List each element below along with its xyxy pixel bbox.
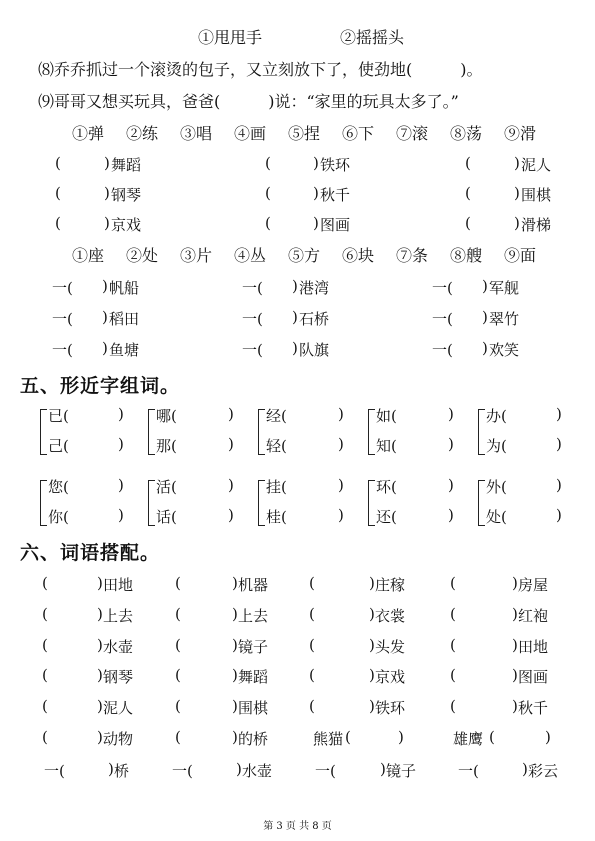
- blank-close: ): [369, 666, 375, 684]
- blank-open[interactable]: (: [175, 574, 181, 592]
- blank-close: ): [97, 605, 103, 623]
- match-word: 铁环: [375, 697, 405, 718]
- sentence-9-text: ⑼哥哥又想买玩具，爸爸(: [38, 92, 220, 111]
- char-pair: 如( ) 知( ): [368, 405, 468, 459]
- blank-open[interactable]: 一(: [172, 760, 193, 781]
- verb-row: ( ) 京戏 ( ) 图画 ( ) 滑梯: [0, 214, 595, 236]
- char-pair: 外( ) 处( ): [478, 476, 578, 530]
- char-pair: 活( ) 话( ): [148, 476, 248, 530]
- blank-open[interactable]: (: [309, 636, 315, 654]
- measure-option: ③片: [180, 246, 212, 266]
- verb-row: ( ) 钢琴 ( ) 秋千 ( ) 围棋: [0, 184, 595, 206]
- blank-close: ): [292, 277, 298, 295]
- match-word: 泥人: [103, 697, 133, 718]
- match-word: 镜子: [386, 760, 416, 781]
- char-pair: 哪( ) 那( ): [148, 405, 248, 459]
- blank-open[interactable]: (: [63, 407, 69, 425]
- blank-open[interactable]: (: [450, 697, 456, 715]
- match-word: 机器: [238, 574, 268, 595]
- match-word: 的桥: [238, 728, 268, 749]
- match-word: 雄鹰: [453, 728, 483, 749]
- blank-open[interactable]: (: [171, 508, 177, 526]
- blank-close: ): [338, 506, 344, 524]
- blank-open[interactable]: (: [465, 214, 471, 232]
- blank-close: ): [369, 605, 375, 623]
- blank-close: ): [313, 214, 319, 232]
- verb-word: 秋千: [320, 184, 350, 205]
- blank-open[interactable]: 一(: [432, 339, 453, 360]
- measure-row: 一( ) 帆船 一( ) 港湾 一( ) 军舰: [0, 277, 595, 299]
- bracket-icon: [478, 480, 485, 526]
- blank-close: ): [448, 435, 454, 453]
- match-word: 水壶: [242, 760, 272, 781]
- bracket-icon: [258, 480, 265, 526]
- measure-word: 稻田: [109, 308, 139, 329]
- match-word: 上去: [103, 605, 133, 626]
- blank-open[interactable]: (: [465, 184, 471, 202]
- blank-open[interactable]: (: [55, 184, 61, 202]
- bracket-icon: [258, 409, 265, 455]
- section-6-title: 六、词语搭配。: [20, 541, 160, 565]
- blank-open[interactable]: (: [175, 636, 181, 654]
- verb-word: 滑梯: [521, 214, 551, 235]
- option-1: ①甩甩手: [198, 28, 262, 48]
- blank-open[interactable]: 一(: [242, 339, 263, 360]
- verb-options: ①弹 ②练 ③唱 ④画 ⑤捏 ⑥下 ⑦滚 ⑧荡 ⑨滑: [0, 124, 595, 144]
- blank-close: ): [482, 339, 488, 357]
- blank-open[interactable]: (: [265, 154, 271, 172]
- blank-close: ): [514, 214, 520, 232]
- measure-word: 鱼塘: [109, 339, 139, 360]
- blank-close: ): [482, 277, 488, 295]
- char-pair: 您( ) 你( ): [40, 476, 140, 530]
- verb-option: ⑦滚: [396, 124, 428, 144]
- blank-open[interactable]: (: [309, 605, 315, 623]
- blank-open[interactable]: (: [42, 697, 48, 715]
- blank-close: ): [448, 405, 454, 423]
- blank-close: ): [292, 339, 298, 357]
- blank-open[interactable]: (: [42, 574, 48, 592]
- match-word: 庄稼: [375, 574, 405, 595]
- blank-open[interactable]: (: [281, 437, 287, 455]
- char: 轻: [266, 437, 281, 455]
- verb-option: ①弹: [72, 124, 104, 144]
- blank-open[interactable]: (: [281, 508, 287, 526]
- measure-option: ①座: [72, 246, 104, 266]
- measure-option: ⑤方: [288, 246, 320, 266]
- blank-open[interactable]: (: [171, 478, 177, 496]
- bracket-icon: [148, 480, 155, 526]
- blank-open[interactable]: (: [265, 214, 271, 232]
- blank-open[interactable]: 一(: [52, 277, 73, 298]
- blank-close: ): [97, 728, 103, 746]
- blank-close: ): [512, 697, 518, 715]
- blank-close: ): [118, 435, 124, 453]
- blank-open[interactable]: (: [309, 697, 315, 715]
- blank-open[interactable]: (: [42, 636, 48, 654]
- blank-open[interactable]: (: [175, 666, 181, 684]
- match-word: 房屋: [518, 574, 548, 595]
- blank-close: ): [398, 728, 404, 746]
- blank-close: ): [232, 697, 238, 715]
- measure-option: ④丛: [234, 246, 266, 266]
- match-row: 一( ) 桥 一( ) 水壶 一( ) 镜子 一( ) 彩云: [0, 760, 595, 782]
- char-pair: 环( ) 还( ): [368, 476, 468, 530]
- blank-open[interactable]: (: [465, 154, 471, 172]
- measure-row: 一( ) 稻田 一( ) 石桥 一( ) 翠竹: [0, 308, 595, 330]
- blank-close: ): [97, 697, 103, 715]
- measure-word: 帆船: [109, 277, 139, 298]
- sentence-8-text: ⑻乔乔抓过一个滚烫的包子，又立刻放下了，使劲地(: [38, 60, 412, 79]
- match-row: ( ) 钢琴 ( ) 舞蹈 ( ) 京戏 ( ) 图画: [0, 666, 595, 688]
- char-pair: 已( ) 己( ): [40, 405, 140, 459]
- blank-open[interactable]: (: [42, 605, 48, 623]
- blank-close: ): [118, 506, 124, 524]
- char: 外: [486, 478, 501, 496]
- char: 知: [376, 437, 391, 455]
- blank-close: ): [512, 636, 518, 654]
- blank-open[interactable]: (: [171, 407, 177, 425]
- match-word: 熊猫: [313, 728, 343, 749]
- blank-close: ): [448, 476, 454, 494]
- blank-open[interactable]: (: [265, 184, 271, 202]
- blank-open[interactable]: 一(: [242, 308, 263, 329]
- blank-close: ): [556, 476, 562, 494]
- match-word: 京戏: [375, 666, 405, 687]
- verb-word: 围棋: [521, 184, 551, 205]
- blank-close: ): [380, 760, 386, 778]
- char: 为: [486, 437, 501, 455]
- verb-word: 图画: [320, 214, 350, 235]
- blank-open[interactable]: 一(: [315, 760, 336, 781]
- blank-open[interactable]: (: [501, 437, 507, 455]
- match-word: 镜子: [238, 636, 268, 657]
- blank-open[interactable]: 一(: [44, 760, 65, 781]
- measure-option: ⑥块: [342, 246, 374, 266]
- blank-close: ): [232, 574, 238, 592]
- blank-close: ): [514, 154, 520, 172]
- verb-word: 泥人: [521, 154, 551, 175]
- blank-open[interactable]: (: [63, 437, 69, 455]
- blank-open[interactable]: (: [501, 407, 507, 425]
- blank-open[interactable]: (: [391, 478, 397, 496]
- match-word: 动物: [103, 728, 133, 749]
- blank-open[interactable]: (: [42, 728, 48, 746]
- verb-option: ⑨滑: [504, 124, 536, 144]
- match-row: ( ) 田地 ( ) 机器 ( ) 庄稼 ( ) 房屋: [0, 574, 595, 596]
- match-word: 彩云: [528, 760, 558, 781]
- verb-word: 舞蹈: [111, 154, 141, 175]
- char: 办: [486, 407, 501, 425]
- bracket-icon: [478, 409, 485, 455]
- char: 你: [48, 508, 63, 526]
- sentence-9-end: )说：“家里的玩具太多了。”: [268, 92, 459, 111]
- blank-close: ): [97, 574, 103, 592]
- char: 那: [156, 437, 171, 455]
- blank-open[interactable]: (: [450, 636, 456, 654]
- blank-close: ): [232, 666, 238, 684]
- verb-word: 铁环: [320, 154, 350, 175]
- blank-close: ): [313, 154, 319, 172]
- blank-close: ): [338, 435, 344, 453]
- blank-open[interactable]: (: [42, 666, 48, 684]
- verb-option: ③唱: [180, 124, 212, 144]
- verb-option: ④画: [234, 124, 266, 144]
- blank-close: ): [512, 574, 518, 592]
- blank-close: ): [228, 506, 234, 524]
- blank-open[interactable]: 一(: [458, 760, 479, 781]
- char: 您: [48, 478, 63, 496]
- blank-open[interactable]: (: [281, 478, 287, 496]
- blank-open[interactable]: (: [55, 214, 61, 232]
- blank-close: ): [102, 277, 108, 295]
- verb-word: 钢琴: [111, 184, 141, 205]
- sentence-8-end: )。: [460, 60, 482, 79]
- page-footer: 第 3 页 共 8 页: [0, 817, 595, 832]
- measure-word: 欢笑: [489, 339, 519, 360]
- blank-open[interactable]: (: [171, 437, 177, 455]
- blank-open[interactable]: (: [309, 666, 315, 684]
- verb-option: ②练: [126, 124, 158, 144]
- blank-open[interactable]: 一(: [52, 308, 73, 329]
- char: 如: [376, 407, 391, 425]
- blank-open[interactable]: (: [489, 728, 495, 746]
- blank-open[interactable]: (: [345, 728, 351, 746]
- blank-open[interactable]: 一(: [432, 308, 453, 329]
- blank-open[interactable]: (: [175, 697, 181, 715]
- blank-open[interactable]: (: [391, 508, 397, 526]
- char: 活: [156, 478, 171, 496]
- char: 还: [376, 508, 391, 526]
- blank-close: ): [118, 405, 124, 423]
- measure-option: ⑨面: [504, 246, 536, 266]
- blank-close: ): [482, 308, 488, 326]
- sentence-8: ⑻乔乔抓过一个滚烫的包子，又立刻放下了，使劲地()。: [38, 60, 483, 80]
- verb-option: ⑥下: [342, 124, 374, 144]
- bracket-icon: [40, 409, 47, 455]
- char-pair: 经( ) 轻( ): [258, 405, 358, 459]
- blank-close: ): [104, 154, 110, 172]
- blank-open[interactable]: (: [450, 605, 456, 623]
- blank-close: ): [512, 605, 518, 623]
- measure-options: ①座 ②处 ③片 ④丛 ⑤方 ⑥块 ⑦条 ⑧艘 ⑨面: [0, 246, 595, 266]
- blank-close: ): [97, 666, 103, 684]
- measure-word: 队旗: [299, 339, 329, 360]
- match-row: ( ) 水壶 ( ) 镜子 ( ) 头发 ( ) 田地: [0, 636, 595, 658]
- verb-row: ( ) 舞蹈 ( ) 铁环 ( ) 泥人: [0, 154, 595, 176]
- blank-open[interactable]: (: [281, 407, 287, 425]
- bracket-icon: [368, 480, 375, 526]
- blank-open[interactable]: (: [501, 478, 507, 496]
- blank-close: ): [108, 760, 114, 778]
- blank-open[interactable]: (: [391, 437, 397, 455]
- measure-word: 港湾: [299, 277, 329, 298]
- match-word: 田地: [518, 636, 548, 657]
- blank-open[interactable]: (: [175, 728, 181, 746]
- blank-close: ): [104, 184, 110, 202]
- match-word: 钢琴: [103, 666, 133, 687]
- blank-open[interactable]: (: [63, 508, 69, 526]
- char: 经: [266, 407, 281, 425]
- blank-close: ): [369, 697, 375, 715]
- blank-open[interactable]: (: [63, 478, 69, 496]
- blank-open[interactable]: (: [391, 407, 397, 425]
- blank-open[interactable]: (: [175, 605, 181, 623]
- blank-close: ): [228, 435, 234, 453]
- match-word: 田地: [103, 574, 133, 595]
- match-word: 上去: [238, 605, 268, 626]
- measure-option: ⑧艘: [450, 246, 482, 266]
- measure-row: 一( ) 鱼塘 一( ) 队旗 一( ) 欢笑: [0, 339, 595, 361]
- blank-open[interactable]: 一(: [432, 277, 453, 298]
- measure-option: ②处: [126, 246, 158, 266]
- blank-close: ): [232, 636, 238, 654]
- blank-close: ): [369, 636, 375, 654]
- verb-option: ⑧荡: [450, 124, 482, 144]
- blank-open[interactable]: 一(: [52, 339, 73, 360]
- char: 挂: [266, 478, 281, 496]
- match-row: ( ) 动物 ( ) 的桥 熊猫 ( ) 雄鹰 ( ): [0, 728, 595, 750]
- char: 桂: [266, 508, 281, 526]
- blank-close: ): [292, 308, 298, 326]
- measure-word: 翠竹: [489, 308, 519, 329]
- bracket-icon: [40, 480, 47, 526]
- option-2: ②摇摇头: [340, 28, 404, 48]
- match-row: ( ) 上去 ( ) 上去 ( ) 衣裳 ( ) 红袍: [0, 605, 595, 627]
- bracket-icon: [368, 409, 375, 455]
- measure-word: 石桥: [299, 308, 329, 329]
- verb-word: 京戏: [111, 214, 141, 235]
- blank-close: ): [448, 506, 454, 524]
- blank-close: ): [338, 476, 344, 494]
- match-word: 红袍: [518, 605, 548, 626]
- blank-open[interactable]: (: [501, 508, 507, 526]
- blank-close: ): [522, 760, 528, 778]
- match-word: 衣裳: [375, 605, 405, 626]
- char: 话: [156, 508, 171, 526]
- char: 处: [486, 508, 501, 526]
- match-word: 秋千: [518, 697, 548, 718]
- match-word: 水壶: [103, 636, 133, 657]
- char: 环: [376, 478, 391, 496]
- blank-close: ): [556, 435, 562, 453]
- char: 己: [48, 437, 63, 455]
- sentence-9: ⑼哥哥又想买玩具，爸爸()说：“家里的玩具太多了。”: [38, 92, 459, 112]
- section-5-title: 五、形近字组词。: [20, 374, 180, 398]
- blank-close: ): [313, 184, 319, 202]
- blank-close: ): [236, 760, 242, 778]
- match-row: ( ) 泥人 ( ) 围棋 ( ) 铁环 ( ) 秋千: [0, 697, 595, 719]
- blank-close: ): [338, 405, 344, 423]
- blank-open[interactable]: 一(: [242, 277, 263, 298]
- measure-word: 军舰: [489, 277, 519, 298]
- bracket-icon: [148, 409, 155, 455]
- blank-close: ): [118, 476, 124, 494]
- blank-close: ): [102, 308, 108, 326]
- blank-close: ): [232, 728, 238, 746]
- blank-close: ): [512, 666, 518, 684]
- match-word: 围棋: [238, 697, 268, 718]
- verb-option: ⑤捏: [288, 124, 320, 144]
- blank-close: ): [556, 506, 562, 524]
- blank-close: ): [228, 476, 234, 494]
- char: 已: [48, 407, 63, 425]
- blank-close: ): [228, 405, 234, 423]
- match-word: 头发: [375, 636, 405, 657]
- char-pair: 挂( ) 桂( ): [258, 476, 358, 530]
- blank-close: ): [232, 605, 238, 623]
- blank-open[interactable]: (: [450, 666, 456, 684]
- blank-close: ): [97, 636, 103, 654]
- blank-open[interactable]: (: [450, 574, 456, 592]
- match-word: 桥: [114, 760, 129, 781]
- match-word: 舞蹈: [238, 666, 268, 687]
- char: 哪: [156, 407, 171, 425]
- blank-open[interactable]: (: [309, 574, 315, 592]
- blank-open[interactable]: (: [55, 154, 61, 172]
- match-word: 图画: [518, 666, 548, 687]
- blank-close: ): [514, 184, 520, 202]
- char-pair: 办( ) 为( ): [478, 405, 578, 459]
- blank-close: ): [369, 574, 375, 592]
- measure-option: ⑦条: [396, 246, 428, 266]
- blank-close: ): [545, 728, 551, 746]
- blank-close: ): [104, 214, 110, 232]
- blank-close: ): [102, 339, 108, 357]
- blank-close: ): [556, 405, 562, 423]
